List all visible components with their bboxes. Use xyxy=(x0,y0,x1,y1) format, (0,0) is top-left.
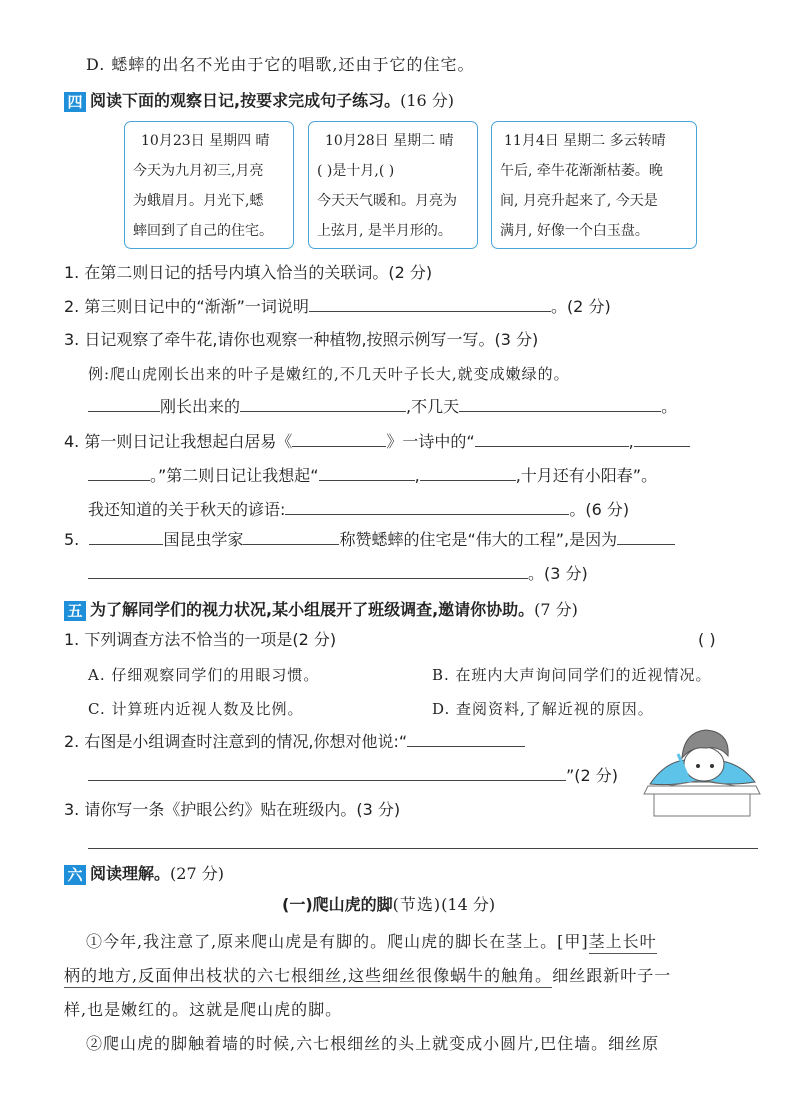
q5-reason-blank-b[interactable] xyxy=(88,564,528,579)
q3-label-b: ,不几天 xyxy=(406,397,459,416)
q4-text-a: 4. 第一则日记让我想起白居易《 xyxy=(64,432,292,451)
q5-text-c: 称赞蟋蟀的住宅是“伟大的工程”,是因为 xyxy=(339,530,617,549)
q5-2-end: ”(2 分) xyxy=(566,766,618,785)
q5-3-answer-line[interactable] xyxy=(88,848,758,849)
question-4-3: 3. 日记观察了牵牛花,请你也观察一种植物,按照示例写一写。(3 分) xyxy=(64,330,538,350)
diary-2-header: 10月28日 星期二 晴 xyxy=(317,126,477,156)
q3-blank-2[interactable] xyxy=(459,397,661,412)
question-5-3: 3. 请你写一条《护眼公约》贴在班级内。(3 分) xyxy=(64,800,400,820)
q2-suffix: 。(2 分) xyxy=(551,297,611,316)
diary-3-line: 满月, 好像一个白玉盘。 xyxy=(500,216,696,246)
section6-header: 六阅读理解。(27 分) xyxy=(64,861,224,885)
p1-text: ①今年,我注意了,原来爬山虎是有脚的。爬山虎的脚长在茎上。[甲] xyxy=(86,932,589,951)
question-5-2: 2. 右图是小组调查时注意到的情况,你想对他说:“ xyxy=(64,732,525,752)
q2-prefix: 2. 第三则日记中的“渐渐”一词说明 xyxy=(64,297,309,316)
q5-1-answer-paren[interactable]: ( ) xyxy=(698,630,716,650)
diary-1-line: 为蛾眉月。月光下,蟋 xyxy=(133,186,293,216)
q4-text-h: 。(6 分) xyxy=(569,500,629,519)
q5-reason-blank-a[interactable] xyxy=(617,530,675,545)
diary-box-2: 10月28日 星期二 晴 ( )是十月,( ) 今天天气暖和。月亮为 上弦月, … xyxy=(308,121,478,249)
paragraph-2-line1: ②爬山虎的脚触着墙的时候,六七根细丝的头上就变成小圆片,巴住墙。细丝原 xyxy=(86,1031,659,1054)
section4-title: 阅读下面的观察日记,按要求完成句子练习。 xyxy=(90,91,400,110)
q4-proverb-blank[interactable] xyxy=(285,500,569,515)
q4-saying-blank-2[interactable] xyxy=(420,466,516,481)
q3-label-a: 刚长出来的 xyxy=(160,397,240,416)
paragraph-1-line1: ①今年,我注意了,原来爬山虎是有脚的。爬山虎的脚长在茎上。[甲]茎上长叶 xyxy=(86,929,657,952)
diary-box-3: 11月4日 星期二 多云转晴 午后, 牵牛花渐渐枯萎。晚 间, 月亮升起来了, … xyxy=(491,121,697,249)
diary-2-line: ( )是十月,( ) xyxy=(317,156,477,186)
q4-verse-blank-1[interactable] xyxy=(475,432,629,447)
q3-example: 例:爬山虎刚长出来的叶子是嫩红的,不几天叶子长大,就变成嫩绿的。 xyxy=(88,364,570,384)
passage-note: (节选) xyxy=(393,895,442,914)
p1-underlined-b: 柄的地方,反面伸出枝状的六七根细丝,这些细丝很像蜗牛的触角。 xyxy=(64,966,552,988)
section6-score: (27 分) xyxy=(170,864,224,883)
passage-title: (一)爬山虎的脚(节选)(14 分) xyxy=(282,895,495,915)
q2-answer-blank[interactable] xyxy=(309,297,551,312)
passage-title-text: (一)爬山虎的脚 xyxy=(282,895,393,914)
paragraph-1-line3: 样,也是嫩红的。这就是爬山虎的脚。 xyxy=(64,997,342,1020)
question-4-4-line3: 我还知道的关于秋天的谚语:。(6 分) xyxy=(88,500,629,520)
q5-2-text: 2. 右图是小组调查时注意到的情况,你想对他说:“ xyxy=(64,732,407,751)
question-4-1: 1. 在第二则日记的括号内填入恰当的关联词。(2 分) xyxy=(64,263,432,283)
q4-text-f: ,十月还有小阳春”。 xyxy=(516,466,657,485)
q3-fill-line: 刚长出来的,不几天。 xyxy=(88,397,677,417)
option-d: D. 查阅资料,了解近视的原因。 xyxy=(432,698,654,719)
diary-1-line: 今天为九月初三,月亮 xyxy=(133,156,293,186)
q4-text-b: 》一诗中的“ xyxy=(386,432,474,451)
q4-saying-blank-1[interactable] xyxy=(319,466,415,481)
diary-2-line: 今天天气暖和。月亮为 xyxy=(317,186,477,216)
diary-3-header: 11月4日 星期二 多云转晴 xyxy=(500,126,696,156)
section5-header: 五为了解同学们的视力状况,某小组展开了班级调查,邀请你协助。(7 分) xyxy=(64,597,578,621)
q5-2-blank-a[interactable] xyxy=(407,732,525,747)
question-4-4-line2: 。”第二则日记让我想起“,,十月还有小阳春”。 xyxy=(88,466,657,486)
option-c: C. 计算班内近视人数及比例。 xyxy=(88,698,303,719)
p1-underlined-a: 茎上长叶 xyxy=(589,932,657,954)
q4-verse-blank-2b[interactable] xyxy=(88,466,150,481)
option-a: A. 仔细观察同学们的用眼习惯。 xyxy=(88,664,319,685)
question-5-1: 1. 下列调查方法不恰当的一项是(2 分) xyxy=(64,630,336,650)
q4-poem-title-blank[interactable] xyxy=(292,432,386,447)
q5-number: 5. xyxy=(64,530,79,549)
question-4-4-line1: 4. 第一则日记让我想起白居易《》一诗中的“, xyxy=(64,432,690,452)
section6-title: 阅读理解。 xyxy=(90,864,170,883)
q3-plant-blank[interactable] xyxy=(88,397,160,412)
diary-1-header: 10月23日 星期四 晴 xyxy=(133,126,293,156)
q3-end: 。 xyxy=(661,397,677,416)
q5-text-b: 国昆虫学家 xyxy=(163,530,243,549)
section5-badge: 五 xyxy=(64,601,86,621)
q4-text-g: 我还知道的关于秋天的谚语: xyxy=(88,500,285,519)
question-4-5-line2: 。(3 分) xyxy=(88,564,588,584)
diary-3-line: 间, 月亮升起来了, 今天是 xyxy=(500,186,696,216)
q5-country-blank[interactable] xyxy=(89,530,163,545)
p1-text-b: 细丝跟新叶子一 xyxy=(552,966,671,985)
previous-option-d: D. 蟋蟀的出名不光由于它的唱歌,还由于它的住宅。 xyxy=(86,55,475,75)
section4-badge: 四 xyxy=(64,92,86,112)
section4-header: 四阅读下面的观察日记,按要求完成句子练习。(16 分) xyxy=(64,88,454,112)
q5-scientist-blank[interactable] xyxy=(243,530,339,545)
option-b: B. 在班内大声询问同学们的近视情况。 xyxy=(432,664,712,685)
section5-title: 为了解同学们的视力状况,某小组展开了班级调查,邀请你协助。 xyxy=(90,600,534,619)
q4-text-d: 。”第二则日记让我想起“ xyxy=(150,466,319,485)
diary-2-line: 上弦月, 是半月形的。 xyxy=(317,216,477,246)
question-4-2: 2. 第三则日记中的“渐渐”一词说明。(2 分) xyxy=(64,297,611,317)
section4-score: (16 分) xyxy=(400,91,454,110)
question-5-2-line2: ”(2 分) xyxy=(88,766,618,786)
diary-box-1: 10月23日 星期四 晴 今天为九月初三,月亮 为蛾眉月。月光下,蟋 蟀回到了自… xyxy=(124,121,294,249)
q5-end: 。(3 分) xyxy=(528,564,588,583)
diary-3-line: 午后, 牵牛花渐渐枯萎。晚 xyxy=(500,156,696,186)
diary-1-line: 蟀回到了自己的住宅。 xyxy=(133,216,293,246)
q4-verse-blank-2a[interactable] xyxy=(634,432,690,447)
paragraph-1-line2: 柄的地方,反面伸出枝状的六七根细丝,这些细丝很像蜗牛的触角。细丝跟新叶子一 xyxy=(64,963,671,986)
question-4-5: 5. 国昆虫学家称赞蟋蟀的住宅是“伟大的工程”,是因为 xyxy=(64,530,675,550)
passage-score: (14 分) xyxy=(441,895,495,914)
q3-blank-1[interactable] xyxy=(240,397,406,412)
q5-2-blank-b[interactable] xyxy=(88,766,566,781)
boy-reading-illustration xyxy=(640,724,765,822)
section5-score: (7 分) xyxy=(534,600,578,619)
section6-badge: 六 xyxy=(64,865,86,885)
